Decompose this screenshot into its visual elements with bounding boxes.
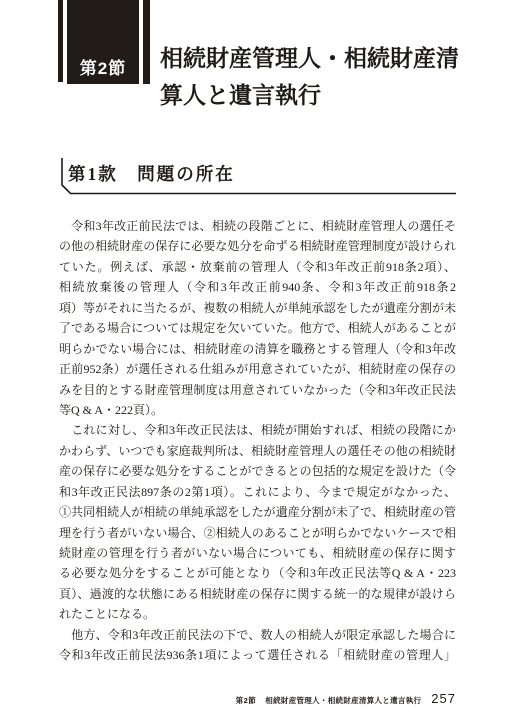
page-title-line: 相続財産管理人・相続財産清: [160, 40, 472, 77]
body-line: ①共同相続人が相続の単純承認をしたが遺産分割が未了で、相続財産の管: [59, 502, 456, 522]
section-badge: 第2節: [67, 0, 139, 84]
body-text: 令和3年改正前民法では、相続の段階ごとに、相続財産管理人の選任そ の他の相続財産…: [59, 216, 456, 666]
footer-title-label: 相続財産管理人・相続財産清算人と遺言執行: [265, 695, 421, 706]
body-line: ていた。例えば、承認・放棄前の管理人（令和3年改正前918条2項）、: [59, 257, 456, 277]
body-line: 続財産の管理を行う者がいない場合についても、相続財産の保存に関す: [59, 543, 456, 563]
body-line: 項）等がそれに当たるが、複数の相続人が単純承認をしたが遺産分割が未: [59, 298, 456, 318]
body-line: 頁）、過渡的な状態にある相続財産の保存に関する統一的な規律が設けら: [59, 584, 456, 604]
body-line: みを目的とする財産管理制度は用意されていなかった（令和3年改正民法: [59, 380, 456, 400]
page-footer: 第2節 相続財産管理人・相続財産清算人と遺言執行 257: [236, 691, 456, 706]
header-left-rule: [58, 0, 63, 82]
body-line: これに対し、令和3年改正民法は、相続が開始すれば、相続の段階にか: [59, 420, 456, 440]
page-title: 相続財産管理人・相続財産清 算人と遺言執行: [160, 40, 472, 114]
body-line: 令和3年改正前民法936条1項によって選任される「相続財産の管理人」: [59, 645, 456, 665]
page-title-line: 算人と遺言執行: [160, 77, 472, 114]
body-line: 令和3年改正前民法では、相続の段階ごとに、相続財産管理人の選任そ: [59, 216, 456, 236]
body-line: 和3年改正民法897条の2第1項）。これにより、今まで規定がなかった、: [59, 482, 456, 502]
body-line: の他の相続財産の保存に必要な処分を命ずる相続財産管理制度が設けられ: [59, 236, 456, 256]
body-line: 了である場合については規定を欠いていた。他方で、相続人があることが: [59, 318, 456, 338]
subsection-heading: 第1款 問題の所在: [68, 161, 235, 187]
body-line: 産の保存に必要な処分をすることができるとの包括的な規定を設けた（令: [59, 461, 456, 481]
body-line: 理を行う者がいない場合、②相続人のあることが明らかでないケースで相: [59, 523, 456, 543]
body-line: 相続放棄後の管理人（令和3年改正前940条、令和3年改正前918条2: [59, 277, 456, 297]
book-page: { "header": { "section_badge": "第2節", "t…: [0, 0, 510, 726]
body-line: 明らかでない場合には、相続財産の清算を職務とする管理人（令和3年改: [59, 339, 456, 359]
header-right-rule: [143, 0, 150, 84]
body-line: 等Q & A・222頁）。: [59, 400, 456, 420]
body-line: 正前952条）が選任される仕組みが用意されていたが、相続財産の保存の: [59, 359, 456, 379]
body-line: れたことになる。: [59, 604, 456, 624]
body-line: かわらず、いつでも家庭裁判所は、相続財産管理人の選任その他の相続財: [59, 441, 456, 461]
footer-section-label: 第2節: [236, 695, 257, 706]
body-line: る必要な処分をすることが可能となり（令和3年改正民法等Q & A・223: [59, 563, 456, 583]
section-badge-label: 第2節: [80, 60, 126, 77]
body-line: 他方、令和3年改正前民法の下で、数人の相続人が限定承認した場合に: [59, 625, 456, 645]
page-number: 257: [431, 691, 456, 706]
